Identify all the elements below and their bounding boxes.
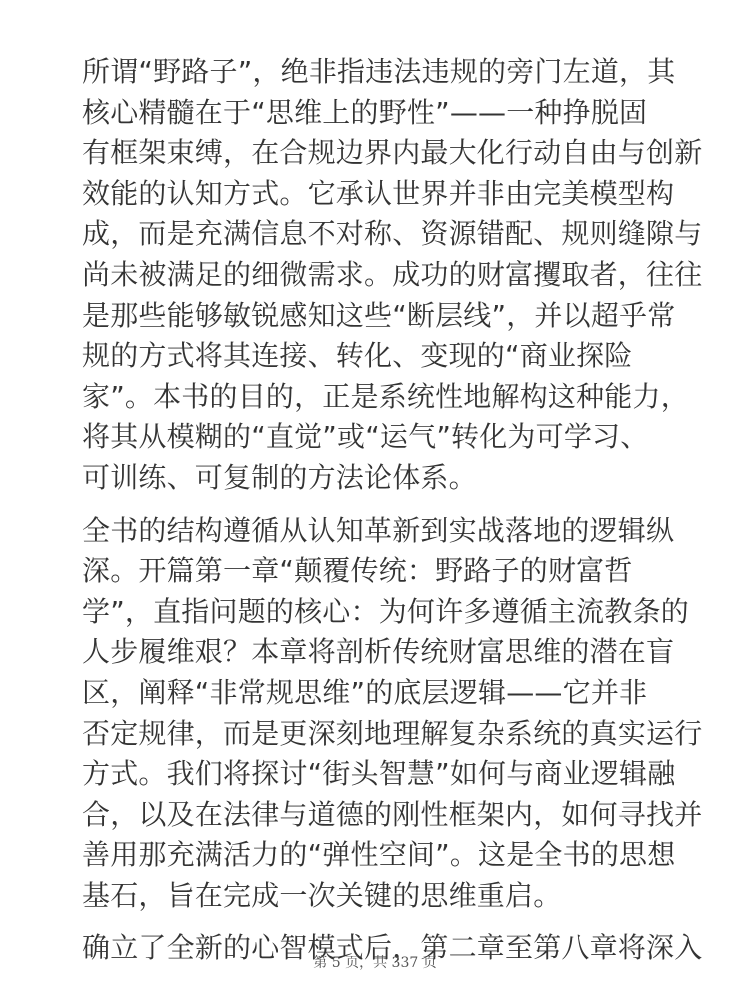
text-line: 深。开篇第一章“颠覆传统：野路子的财富哲	[82, 551, 672, 592]
text-line: 学”，直指问题的核心：为何许多遵循主流教条的	[82, 592, 672, 633]
text-line: 所谓“野路子”，绝非指违法违规的旁门左道，其	[82, 52, 672, 93]
document-page: 所谓“野路子”，绝非指违法违规的旁门左道，其 核心精髓在于“思维上的野性”——一…	[0, 0, 750, 1000]
text-line: 否定规律，而是更深刻地理解复杂系统的真实运行	[82, 714, 672, 755]
text-line: 合，以及在法律与道德的刚性框架内，如何寻找并	[82, 795, 672, 836]
paragraph-2: 全书的结构遵循从认知革新到实战落地的逻辑纵 深。开篇第一章“颠覆传统：野路子的财…	[82, 511, 672, 917]
text-line: 全书的结构遵循从认知革新到实战落地的逻辑纵	[82, 511, 672, 552]
paragraph-1: 所谓“野路子”，绝非指违法违规的旁门左道，其 核心精髓在于“思维上的野性”——一…	[82, 52, 672, 499]
text-line: 将其从模糊的“直觉”或“运气”转化为可学习、	[82, 417, 672, 458]
text-line: 基石，旨在完成一次关键的思维重启。	[82, 876, 672, 917]
text-line: 尚未被满足的细微需求。成功的财富攫取者，往往	[82, 255, 672, 296]
text-line: 可训练、可复制的方法论体系。	[82, 458, 672, 499]
page-indicator: 第 5 页，共 337 页	[0, 952, 750, 972]
text-line: 区，阐释“非常规思维”的底层逻辑——它并非	[82, 673, 672, 714]
text-line: 善用那充满活力的“弹性空间”。这是全书的思想	[82, 835, 672, 876]
text-line: 人步履维艰？本章将剖析传统财富思维的潜在盲	[82, 632, 672, 673]
text-line: 规的方式将其连接、转化、变现的“商业探险	[82, 336, 672, 377]
text-line: 有框架束缚，在合规边界内最大化行动自由与创新	[82, 133, 672, 174]
page-body: 所谓“野路子”，绝非指违法违规的旁门左道，其 核心精髓在于“思维上的野性”——一…	[82, 52, 672, 981]
text-line: 是那些能够敏锐感知这些“断层线”，并以超乎常	[82, 296, 672, 337]
text-line: 核心精髓在于“思维上的野性”——一种挣脱固	[82, 93, 672, 134]
text-line: 效能的认知方式。它承认世界并非由完美模型构	[82, 174, 672, 215]
text-line: 成，而是充满信息不对称、资源错配、规则缝隙与	[82, 214, 672, 255]
text-line: 家”。本书的目的，正是系统性地解构这种能力，	[82, 377, 672, 418]
text-line: 方式。我们将探讨“街头智慧”如何与商业逻辑融	[82, 754, 672, 795]
